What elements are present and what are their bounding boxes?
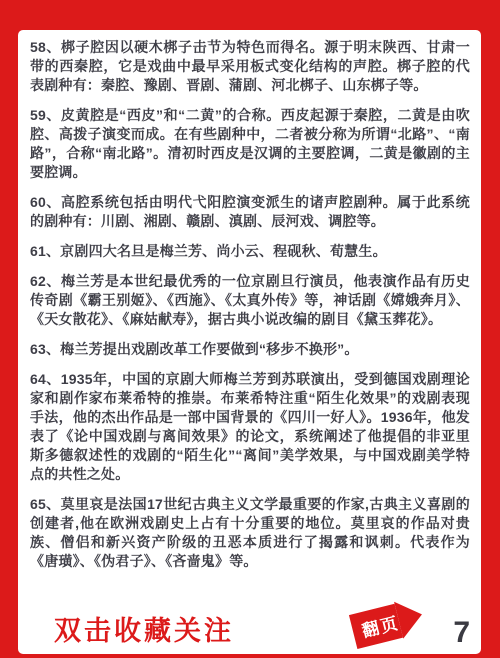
follow-prompt: 双击收藏关注	[54, 609, 234, 648]
page-turn-arrow-icon[interactable]: 翻页	[348, 596, 426, 650]
page-background: 58、梆子腔因以硬木梆子击节为特色而得名。源于明末陕西、甘肃一带的西秦腔，它是戏…	[0, 0, 500, 658]
fact-item: 64、1935年，中国的京剧大师梅兰芳到苏联演出，受到德国戏剧理论家和剧作家布莱…	[30, 370, 470, 484]
content-panel: 58、梆子腔因以硬木梆子击节为特色而得名。源于明末陕西、甘肃一带的西秦腔，它是戏…	[18, 30, 481, 654]
fact-item: 58、梆子腔因以硬木梆子击节为特色而得名。源于明末陕西、甘肃一带的西秦腔，它是戏…	[30, 38, 470, 95]
fact-item: 62、梅兰芳是本世纪最优秀的一位京剧旦行演员，他表演作品有历史传奇剧《霸王别姬》…	[30, 272, 470, 329]
fact-item: 59、皮黄腔是“西皮”和“二黄”的合称。西皮起源于秦腔，二黄是由吹腔、高拨子演变…	[30, 106, 470, 182]
facts-list: 58、梆子腔因以硬木梆子击节为特色而得名。源于明末陕西、甘肃一带的西秦腔，它是戏…	[18, 30, 481, 571]
fact-item: 63、梅兰芳提出戏剧改革工作要做到“移步不换形”。	[30, 340, 470, 359]
page-number: 7	[453, 616, 470, 650]
fact-item: 61、京剧四大名旦是梅兰芳、尚小云、程砚秋、荀慧生。	[30, 242, 470, 261]
page-turn-label: 翻页	[349, 603, 403, 648]
fact-item: 60、高腔系统包括由明代弋阳腔演变派生的诸声腔剧种。属于此系统的剧种有：川剧、湘…	[30, 193, 470, 231]
fact-item: 65、莫里哀是法国17世纪古典主义文学最重要的作家,古典主义喜剧的创建者,他在欧…	[30, 495, 470, 571]
